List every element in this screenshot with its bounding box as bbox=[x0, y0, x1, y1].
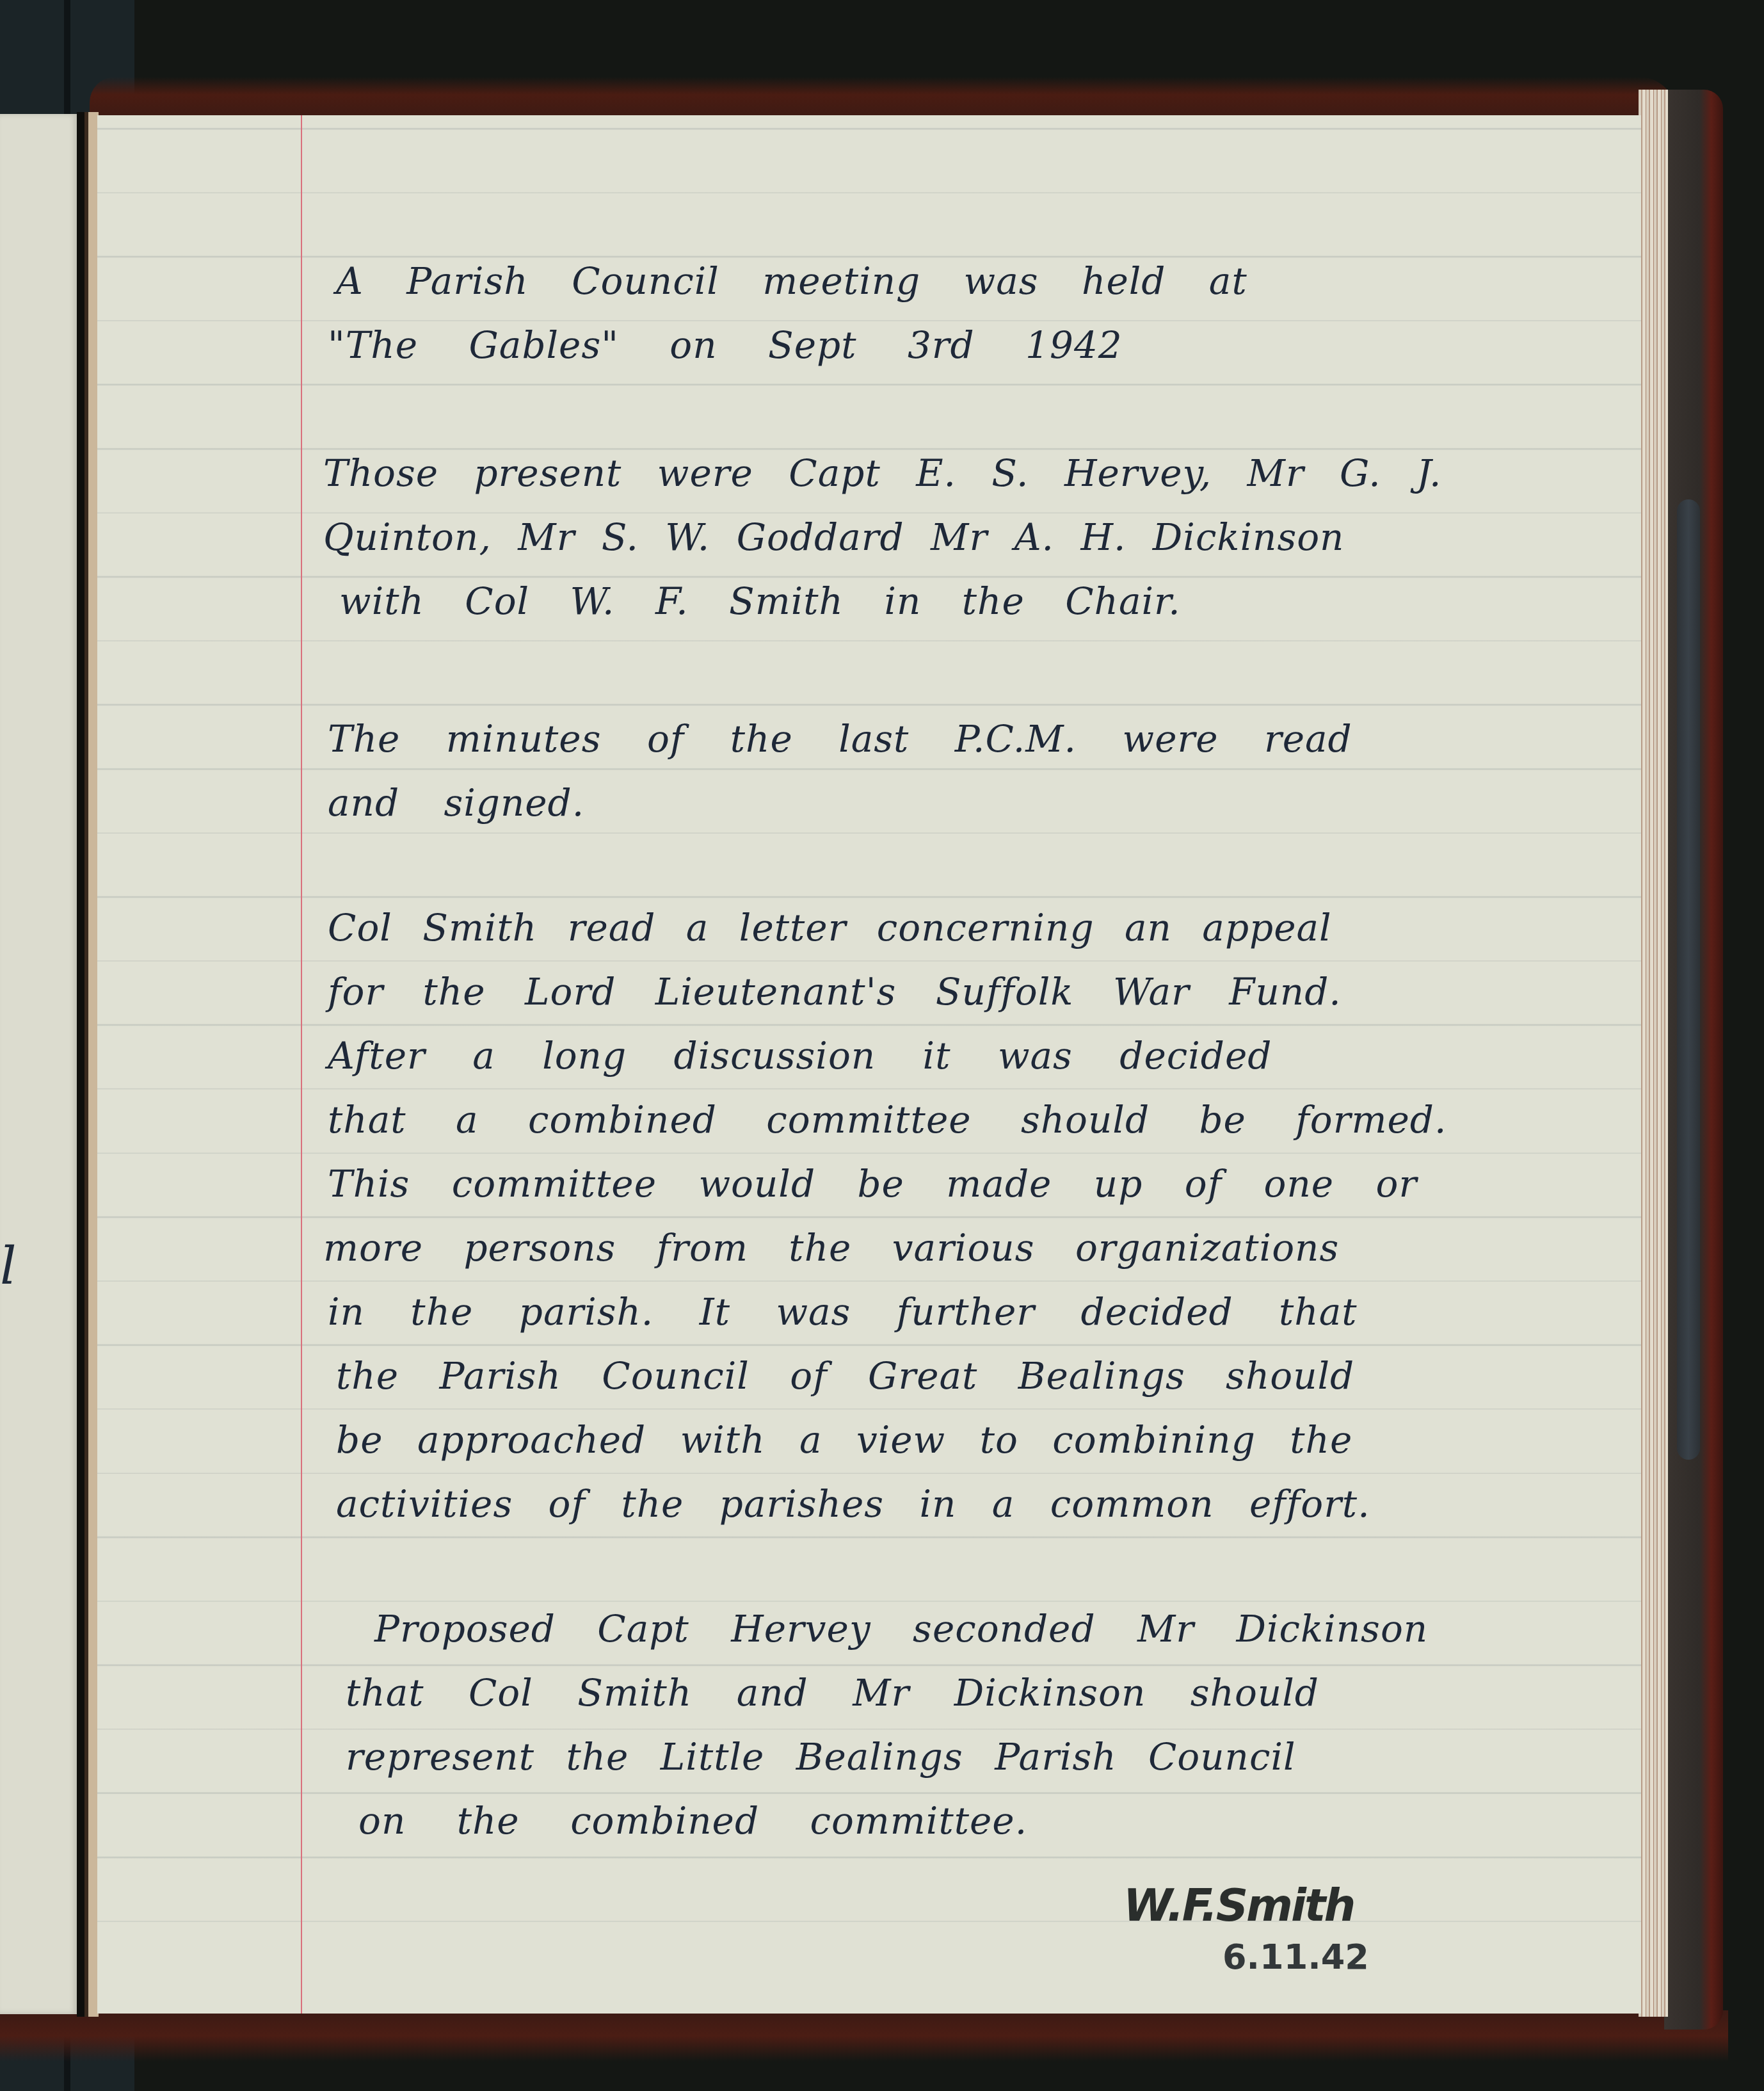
page-edges bbox=[1639, 90, 1668, 2017]
text-line: the Parish Council of Great Bealings sho… bbox=[336, 1357, 1354, 1394]
text-line: Proposed Capt Hervey seconded Mr Dickins… bbox=[374, 1610, 1428, 1647]
text-line: be approached with a view to combining t… bbox=[336, 1421, 1352, 1458]
page-gutter bbox=[77, 112, 99, 2017]
text-line: more persons from the various organizati… bbox=[323, 1229, 1339, 1266]
red-margin-rule bbox=[301, 115, 302, 2014]
text-line: with Col W. F. Smith in the Chair. bbox=[339, 583, 1181, 620]
left-page-text-fragment: l bbox=[0, 1241, 17, 1292]
text-line: for the Lord Lieutenant's Suffolk War Fu… bbox=[328, 973, 1342, 1010]
text-line: Quinton, Mr S. W. Goddard Mr A. H. Dicki… bbox=[323, 519, 1344, 556]
text-line: that Col Smith and Mr Dickinson should bbox=[346, 1674, 1319, 1711]
text-line: The minutes of the last P.C.M. were read bbox=[328, 720, 1352, 757]
text-line: After a long discussion it was decided bbox=[328, 1037, 1272, 1074]
scanned-book-spread: l A Parish Council meeting was held at "… bbox=[0, 0, 1764, 2091]
text-line: This committee would be made up of one o… bbox=[328, 1165, 1417, 1202]
book-cover-bottom-edge bbox=[0, 2010, 1728, 2062]
text-line: in the parish. It was further decided th… bbox=[328, 1293, 1358, 1330]
text-line: Col Smith read a letter concerning an ap… bbox=[328, 909, 1332, 946]
text-line: represent the Little Bealings Parish Cou… bbox=[346, 1738, 1296, 1775]
signature-date: 6.11.42 bbox=[1223, 1937, 1369, 1977]
left-page: l bbox=[0, 114, 78, 2014]
text-line: Those present were Capt E. S. Hervey, Mr… bbox=[323, 455, 1441, 492]
text-line: "The Gables" on Sept 3rd 1942 bbox=[328, 327, 1123, 364]
text-line: activities of the parishes in a common e… bbox=[336, 1485, 1370, 1522]
bookmark-ribbon bbox=[1677, 499, 1700, 1460]
signature: W.F.Smith bbox=[1123, 1879, 1354, 1932]
text-line: that a combined committee should be form… bbox=[328, 1101, 1447, 1138]
text-line: A Parish Council meeting was held at bbox=[336, 262, 1247, 300]
text-line: on the combined committee. bbox=[358, 1802, 1027, 1839]
text-line: and signed. bbox=[328, 784, 584, 821]
